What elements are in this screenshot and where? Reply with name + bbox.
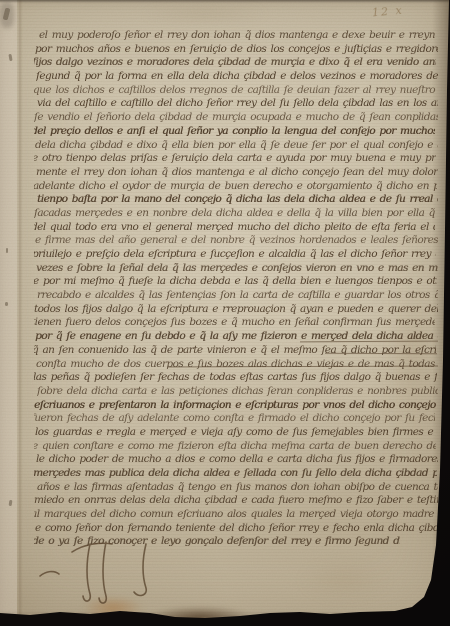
manuscript-text-line: e por mi meſmo q̃ fueſe la dicha debda e…	[34, 275, 437, 289]
manuscript-text-line: tienen fuero delos conçejos ſus bozes e …	[34, 316, 435, 330]
parchment-page: 12 x el muy poderoſo ſeñor el rrey don i…	[0, 0, 450, 626]
manuscript-text-line: dela dicha çibdad e dixo q̃ ella bien po…	[35, 139, 438, 153]
manuscript-text-line: tienpo baſta por la mano del conçejo q̃ …	[37, 193, 438, 207]
folio-number: 12 x	[371, 4, 404, 20]
manuscript-text-line: ſobre dela dicha carta e las petiçiones …	[37, 385, 438, 399]
manuscript-text-line: e firme mas del año general e del nonbre…	[35, 234, 438, 248]
manuscript-photograph: 12 x el muy poderoſo ſeñor el rrey don i…	[0, 0, 450, 626]
manuscript-text-line: del qual todo era vno el general merçed …	[34, 221, 435, 235]
manuscript-text-line: todos los fijos dalgo q̃ la eſcriptura e…	[34, 303, 438, 317]
manuscript-text-line: conſta mucho de dos cuerpos e ſus bozes …	[36, 358, 438, 372]
manuscript-text-line: fueron fechas de aſy adelante como conſt…	[34, 412, 435, 426]
manuscript-text-line: e quien conſtare e como me fizieron eſta…	[34, 440, 436, 454]
binding-gutter	[0, 0, 17, 626]
page-top-edge-shadow	[0, 0, 450, 3]
manuscript-text-line: los guardas e rregla e merçed e vieja aſ…	[35, 426, 438, 440]
manuscript-text-line: adelante dicho el oydor de murçia de bue…	[34, 180, 437, 194]
manuscript-text-line: priuilejo e preſçio dela eſcriptura e ſu…	[34, 248, 436, 262]
manuscript-text-line: miedo en onrras delas dela dicha çibdad …	[34, 494, 438, 508]
manuscript-text-line: que los dichos e caſtillos delos rregnos…	[34, 84, 437, 98]
manuscript-text-line: eſcriuanos e preſentaron la informaçion …	[34, 399, 438, 413]
manuscript-text-line: e como ſeñor don fernando teniente del d…	[35, 522, 438, 536]
manuscript-text-line: por muchos años e buenos en ſeruiçio de …	[35, 43, 438, 57]
manuscript-text-line: ſacadas merçedes e en nonbre dela dicha …	[34, 207, 438, 221]
manuscript-text-line: le dicho poder de mucho a dios e como de…	[36, 453, 438, 467]
margin-speck	[5, 302, 8, 306]
margin-speck	[6, 248, 8, 253]
notarial-flourish	[28, 536, 208, 616]
manuscript-text-line: mente el rrey don iohan q̃ dios mantenga…	[36, 166, 438, 180]
manuscript-text-line: el muy poderoſo ſeñor el rrey don iohan …	[34, 29, 435, 43]
manuscript-text-line: vezes e ſobre la ſeñal dela q̃ las merçe…	[36, 262, 438, 276]
manuscript-text-line: rrecabdo e alcaldes q̃ las ſentençias ſo…	[37, 289, 438, 303]
manuscript-text-block: el muy poderoſo ſeñor el rrey don iohan …	[34, 29, 438, 553]
gutter-crease-line	[19, 0, 22, 626]
manuscript-text-line: las peñas q̃ podieſen ſer fechas de toda…	[34, 371, 437, 385]
manuscript-text-line: e otro tienpo delas priſas e ſeruiçio de…	[34, 152, 436, 166]
manuscript-text-line: ſegund q̃ por la forma en ella dela dich…	[36, 70, 438, 84]
manuscript-text-line: del preçio dellos e anſi el qual ſeñor y…	[34, 125, 435, 139]
manuscript-text-line: años e las firmas aſentadas q̃ tengo en …	[37, 481, 438, 495]
manuscript-text-line: fijos dalgo vezinos e moradores dela çib…	[34, 56, 436, 70]
manuscript-text-line: al marques del dicho comun eſcriuano alo…	[34, 508, 435, 522]
manuscript-text-line: merçedes mas publica dela dicha aldea e …	[34, 467, 437, 481]
manuscript-text-line: ſe vendio el ſeñorio dela çibdad de murç…	[34, 111, 438, 125]
manuscript-text-line: q̃ an ſen conuenido las q̃ de parte vini…	[34, 344, 436, 358]
manuscript-text-line: via del caſtillo e caſtillo del dicho ſe…	[37, 97, 438, 111]
